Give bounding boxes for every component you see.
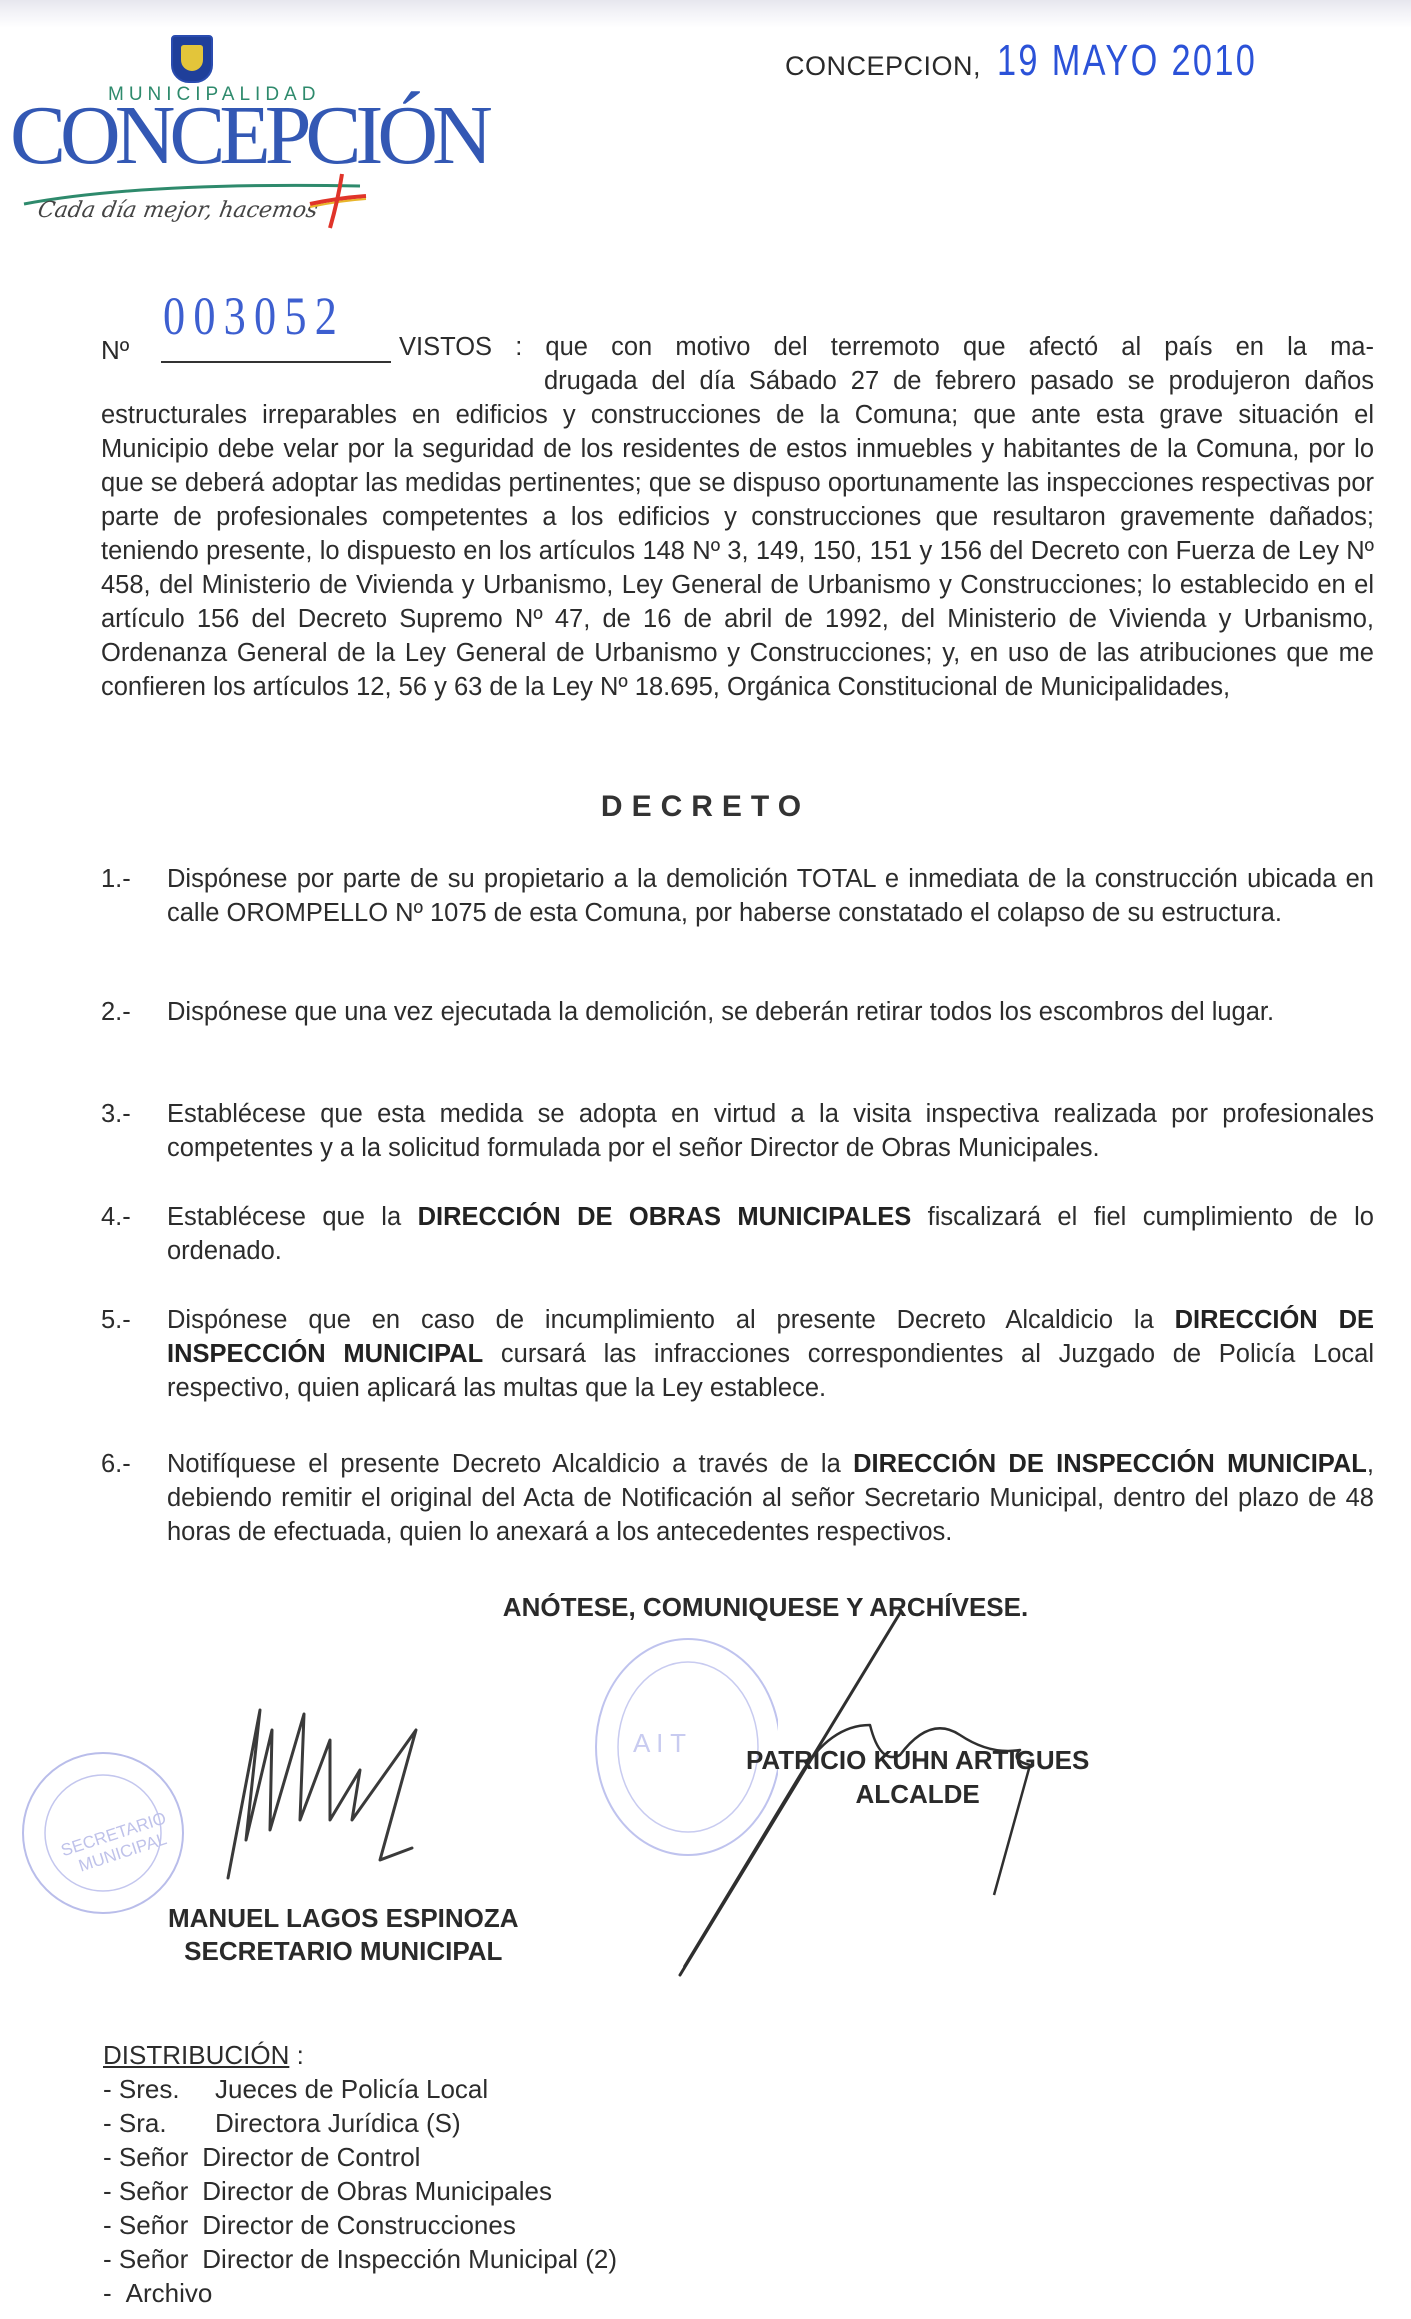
decree-item-text: Establécese que esta medida se adopta en… <box>167 1097 1374 1165</box>
mayor-block: PATRICIO KUHN ARTIGUES ALCALDE <box>746 1743 1089 1811</box>
decree-item-number: 3.- <box>101 1097 167 1165</box>
coat-of-arms-icon <box>171 35 213 83</box>
logo-tagline: Cada día mejor, hacemos <box>36 198 320 223</box>
scan-top-shading <box>0 0 1411 28</box>
secretary-title: SECRETARIO MUNICIPAL <box>168 1935 519 1968</box>
decree-item-text: Dispónese que en caso de incumplimiento … <box>167 1303 1374 1405</box>
distribution-list: DISTRIBUCIÓN : - Sres.Jueces de Policía … <box>103 2038 617 2310</box>
place-and-date: CONCEPCION, 19 MAYO 2010 <box>785 36 1331 86</box>
decree-item-number: 5.- <box>101 1303 167 1405</box>
decree-item: 2.-Dispónese que una vez ejecutada la de… <box>101 995 1374 1029</box>
decree-item-number: 2.- <box>101 995 167 1029</box>
decree-item-number: 4.- <box>101 1200 167 1268</box>
distribution-title: DISTRIBUCIÓN <box>103 2040 289 2070</box>
secretary-block: MANUEL LAGOS ESPINOZA SECRETARIO MUNICIP… <box>168 1902 519 1968</box>
place-text: CONCEPCION, <box>785 51 981 82</box>
distribution-item: - SeñorDirector de Construcciones <box>103 2208 617 2242</box>
municipal-logo: MUNICIPALIDAD CONCEPCIÓN Cada día mejor,… <box>8 30 368 230</box>
vistos-line-2: drugada del día Sábado 27 de febrero pas… <box>399 364 1374 398</box>
decree-number-stamp: 003052 <box>163 285 345 347</box>
vistos-paragraph-start: VISTOS : que con motivo del terremoto qu… <box>399 330 1374 398</box>
secretary-name: MANUEL LAGOS ESPINOZA <box>168 1902 519 1935</box>
decree-item-text: Notifíquese el presente Decreto Alcaldic… <box>167 1447 1374 1549</box>
decree-item: 5.-Dispónese que en caso de incumplimien… <box>101 1303 1374 1405</box>
secretary-seal-stamp: SECRETARIO MUNICIPAL <box>18 1748 188 1918</box>
distribution-colon: : <box>289 2040 303 2070</box>
distribution-item: - Sres.Jueces de Policía Local <box>103 2072 617 2106</box>
plus-cross-icon <box>308 170 368 230</box>
distribution-item: - SeñorDirector de Obras Municipales <box>103 2174 617 2208</box>
distribution-item: - SeñorDirector de Inspección Municipal … <box>103 2242 617 2276</box>
decree-item-text: Dispónese por parte de su propietario a … <box>167 862 1374 930</box>
decree-item: 3.-Establécese que esta medida se adopta… <box>101 1097 1374 1165</box>
vistos-line-1: VISTOS : que con motivo del terremoto qu… <box>399 330 1374 364</box>
decree-number-underline <box>161 361 391 363</box>
distribution-item: -Archivo <box>103 2276 617 2310</box>
decree-item: 6.-Notifíquese el presente Decreto Alcal… <box>101 1447 1374 1549</box>
vistos-paragraph: estructurales irreparables en edificios … <box>101 398 1374 704</box>
decree-heading: DECRETO <box>0 790 1411 824</box>
decree-item-text: Dispónese que una vez ejecutada la demol… <box>167 995 1374 1029</box>
distribution-item: - SeñorDirector de Control <box>103 2140 617 2174</box>
decree-number-label: Nº <box>101 335 129 366</box>
distribution-item: - Sra.Directora Jurídica (S) <box>103 2106 617 2140</box>
logo-city-text: CONCEPCIÓN <box>10 94 487 178</box>
distribution-items: - Sres.Jueces de Policía Local- Sra.Dire… <box>103 2072 617 2310</box>
secretary-signature <box>220 1670 580 1910</box>
decree-item-number: 6.- <box>101 1447 167 1549</box>
decree-item: 4.-Establécese que la DIRECCIÓN DE OBRAS… <box>101 1200 1374 1268</box>
date-stamp: 19 MAYO 2010 <box>997 36 1257 86</box>
decree-item-text: Establécese que la DIRECCIÓN DE OBRAS MU… <box>167 1200 1374 1268</box>
decree-item-number: 1.- <box>101 862 167 930</box>
mayor-name: PATRICIO KUHN ARTIGUES <box>746 1743 1089 1777</box>
mayor-title: ALCALDE <box>746 1777 1089 1811</box>
decree-item: 1.-Dispónese por parte de su propietario… <box>101 862 1374 930</box>
